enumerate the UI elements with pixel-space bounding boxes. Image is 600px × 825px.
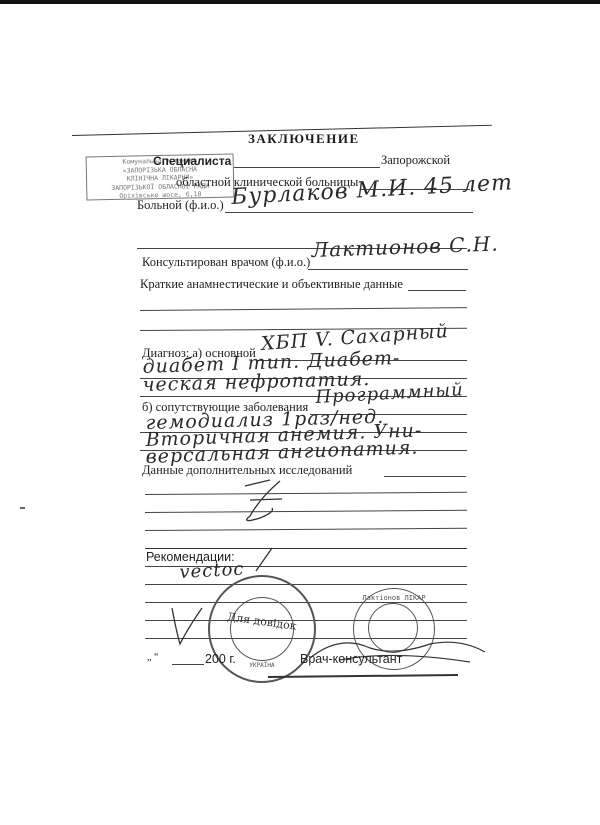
date-year-label: 200 г. [205, 652, 236, 666]
rule-line [145, 492, 467, 495]
rule-line [145, 584, 467, 585]
recommendations-handwritten: vectoc [179, 559, 245, 583]
rule-line [234, 167, 380, 168]
rule-line [408, 290, 466, 291]
date-day-quotes: „ “ [147, 652, 158, 663]
doctor-label: Консультирован врачом (ф.и.о.) [142, 255, 310, 270]
header-region-label: Запорожской [381, 153, 450, 168]
empty-field-scribble [220, 478, 300, 528]
document-title: ЗАКЛЮЧЕНИЕ [248, 131, 360, 147]
doctor-field-line [308, 269, 468, 270]
rule-line [268, 674, 458, 678]
scan-speck [20, 507, 25, 509]
date-month-line [172, 664, 204, 665]
rule-line [145, 510, 467, 513]
rule-line [140, 307, 467, 311]
rule-line [145, 548, 467, 549]
signature-label: Врач-консультант [300, 652, 402, 666]
additional-label: Данные дополнительных исследований [142, 463, 352, 478]
patient-field-line [225, 212, 473, 213]
rule-line [384, 476, 466, 477]
stamp-ring-text: Лактіонов ЛІКАР [354, 594, 434, 602]
doctor-name-handwritten: Лактионов С.Н. [311, 231, 499, 262]
rule-line [145, 528, 467, 531]
scan-top-edge [0, 0, 600, 4]
check-mark [168, 600, 208, 650]
anamnesis-label: Краткие анамнестические и объективные да… [140, 277, 403, 292]
patient-label: Больной (ф.и.о.) [137, 198, 224, 213]
slash-mark [250, 545, 280, 575]
header-specialist-label: Специалиста [153, 154, 231, 168]
